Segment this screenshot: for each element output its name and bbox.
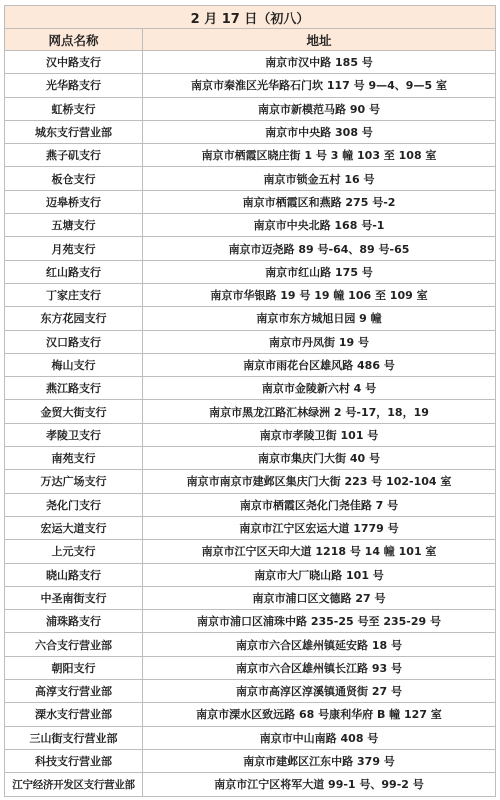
table-row: 尧化门支行南京市栖霞区尧化门尧佳路 7 号 bbox=[5, 493, 496, 516]
table-row: 红山路支行南京市红山路 175 号 bbox=[5, 260, 496, 283]
column-header-name: 网点名称 bbox=[5, 29, 143, 51]
table-row: 朝阳支行南京市六合区雄州镇长江路 93 号 bbox=[5, 656, 496, 679]
table-row: 城东支行营业部南京市中央路 308 号 bbox=[5, 120, 496, 143]
branch-name-cell: 月苑支行 bbox=[5, 237, 143, 260]
table-row: 浦珠路支行南京市浦口区浦珠中路 235-25 号至 235-29 号 bbox=[5, 610, 496, 633]
branch-address-cell: 南京市迈尧路 89 号-64、89 号-65 bbox=[143, 237, 496, 260]
table-row: 梅山支行南京市雨花台区雄风路 486 号 bbox=[5, 353, 496, 376]
table-row: 孝陵卫支行南京市孝陵卫街 101 号 bbox=[5, 423, 496, 446]
branch-name-cell: 丁家庄支行 bbox=[5, 283, 143, 306]
branch-name-cell: 江宁经济开发区支行营业部 bbox=[5, 773, 143, 796]
branch-name-cell: 迈皋桥支行 bbox=[5, 190, 143, 213]
branch-address-cell: 南京市六合区雄州镇长江路 93 号 bbox=[143, 656, 496, 679]
branch-name-cell: 汉口路支行 bbox=[5, 330, 143, 353]
branch-address-cell: 南京市高淳区淳溪镇通贤街 27 号 bbox=[143, 680, 496, 703]
branch-name-cell: 汉中路支行 bbox=[5, 51, 143, 74]
header-row: 网点名称 地址 bbox=[5, 29, 496, 51]
branch-address-cell: 南京市东方城旭日园 9 幢 bbox=[143, 307, 496, 330]
branch-name-cell: 万达广场支行 bbox=[5, 470, 143, 493]
branch-name-cell: 宏运大道支行 bbox=[5, 516, 143, 539]
table-row: 江宁经济开发区支行营业部南京市江宁区将军大道 99-1 号、99-2 号 bbox=[5, 773, 496, 796]
branch-name-cell: 板仓支行 bbox=[5, 167, 143, 190]
branch-address-cell: 南京市新模范马路 90 号 bbox=[143, 97, 496, 120]
branch-address-cell: 南京市汉中路 185 号 bbox=[143, 51, 496, 74]
table-row: 六合支行营业部南京市六合区雄州镇延安路 18 号 bbox=[5, 633, 496, 656]
branch-name-cell: 虹桥支行 bbox=[5, 97, 143, 120]
branch-name-cell: 朝阳支行 bbox=[5, 656, 143, 679]
branch-address-cell: 南京市集庆门大街 40 号 bbox=[143, 447, 496, 470]
table-row: 中圣南街支行南京市浦口区文德路 27 号 bbox=[5, 586, 496, 609]
table-row: 汉中路支行南京市汉中路 185 号 bbox=[5, 51, 496, 74]
branch-name-cell: 东方花园支行 bbox=[5, 307, 143, 330]
table-title: 2 月 17 日（初八） bbox=[5, 6, 496, 29]
branch-name-cell: 溧水支行营业部 bbox=[5, 703, 143, 726]
branch-name-cell: 五塘支行 bbox=[5, 214, 143, 237]
branch-address-cell: 南京市黑龙江路汇林绿洲 2 号-17，18，19 bbox=[143, 400, 496, 423]
branch-address-cell: 南京市江宁区宏运大道 1779 号 bbox=[143, 516, 496, 539]
branch-address-cell: 南京市江宁区天印大道 1218 号 14 幢 101 室 bbox=[143, 540, 496, 563]
branch-name-cell: 中圣南街支行 bbox=[5, 586, 143, 609]
table-row: 溧水支行营业部南京市溧水区致远路 68 号康利华府 B 幢 127 室 bbox=[5, 703, 496, 726]
table-row: 金贸大街支行南京市黑龙江路汇林绿洲 2 号-17，18，19 bbox=[5, 400, 496, 423]
branch-name-cell: 高淳支行营业部 bbox=[5, 680, 143, 703]
branch-name-cell: 南苑支行 bbox=[5, 447, 143, 470]
branch-address-cell: 南京市六合区雄州镇延安路 18 号 bbox=[143, 633, 496, 656]
branch-address-cell: 南京市建邺区江东中路 379 号 bbox=[143, 749, 496, 772]
branch-address-cell: 南京市中央路 308 号 bbox=[143, 120, 496, 143]
branch-address-cell: 南京市秦淮区光华路石门坎 117 号 9—4、9—5 室 bbox=[143, 74, 496, 97]
table-row: 万达广场支行南京市南京市建邺区集庆门大街 223 号 102-104 室 bbox=[5, 470, 496, 493]
branch-name-cell: 浦珠路支行 bbox=[5, 610, 143, 633]
branch-name-cell: 尧化门支行 bbox=[5, 493, 143, 516]
branch-name-cell: 三山街支行营业部 bbox=[5, 726, 143, 749]
branch-address-cell: 南京市中央北路 168 号-1 bbox=[143, 214, 496, 237]
branch-address-cell: 南京市红山路 175 号 bbox=[143, 260, 496, 283]
title-row: 2 月 17 日（初八） bbox=[5, 6, 496, 29]
table-row: 南苑支行南京市集庆门大街 40 号 bbox=[5, 447, 496, 470]
branch-name-cell: 孝陵卫支行 bbox=[5, 423, 143, 446]
branch-name-cell: 梅山支行 bbox=[5, 353, 143, 376]
table-row: 科技支行营业部南京市建邺区江东中路 379 号 bbox=[5, 749, 496, 772]
branch-name-cell: 科技支行营业部 bbox=[5, 749, 143, 772]
branch-address-cell: 南京市孝陵卫街 101 号 bbox=[143, 423, 496, 446]
table-row: 板仓支行南京市锁金五村 16 号 bbox=[5, 167, 496, 190]
branch-address-cell: 南京市浦口区浦珠中路 235-25 号至 235-29 号 bbox=[143, 610, 496, 633]
branch-address-cell: 南京市溧水区致远路 68 号康利华府 B 幢 127 室 bbox=[143, 703, 496, 726]
branch-schedule-sheet: 2 月 17 日（初八） 网点名称 地址 汉中路支行南京市汉中路 185 号光华… bbox=[4, 5, 495, 797]
branch-name-cell: 金贸大街支行 bbox=[5, 400, 143, 423]
branch-name-cell: 红山路支行 bbox=[5, 260, 143, 283]
table-row: 高淳支行营业部南京市高淳区淳溪镇通贤街 27 号 bbox=[5, 680, 496, 703]
table-row: 汉口路支行南京市丹凤街 19 号 bbox=[5, 330, 496, 353]
branch-name-cell: 晓山路支行 bbox=[5, 563, 143, 586]
branch-name-cell: 光华路支行 bbox=[5, 74, 143, 97]
branch-name-cell: 燕子矶支行 bbox=[5, 144, 143, 167]
branch-address-cell: 南京市丹凤街 19 号 bbox=[143, 330, 496, 353]
branch-address-cell: 南京市华银路 19 号 19 幢 106 至 109 室 bbox=[143, 283, 496, 306]
table-row: 三山街支行营业部南京市中山南路 408 号 bbox=[5, 726, 496, 749]
table-row: 迈皋桥支行南京市栖霞区和燕路 275 号-2 bbox=[5, 190, 496, 213]
branch-address-cell: 南京市栖霞区和燕路 275 号-2 bbox=[143, 190, 496, 213]
branch-address-cell: 南京市雨花台区雄风路 486 号 bbox=[143, 353, 496, 376]
branch-address-cell: 南京市金陵新六村 4 号 bbox=[143, 377, 496, 400]
table-row: 月苑支行南京市迈尧路 89 号-64、89 号-65 bbox=[5, 237, 496, 260]
branch-name-cell: 上元支行 bbox=[5, 540, 143, 563]
branch-table: 2 月 17 日（初八） 网点名称 地址 汉中路支行南京市汉中路 185 号光华… bbox=[4, 5, 496, 797]
branch-address-cell: 南京市南京市建邺区集庆门大街 223 号 102-104 室 bbox=[143, 470, 496, 493]
branch-name-cell: 六合支行营业部 bbox=[5, 633, 143, 656]
table-row: 东方花园支行南京市东方城旭日园 9 幢 bbox=[5, 307, 496, 330]
table-row: 晓山路支行南京市大厂晓山路 101 号 bbox=[5, 563, 496, 586]
table-row: 燕江路支行南京市金陵新六村 4 号 bbox=[5, 377, 496, 400]
branch-address-cell: 南京市锁金五村 16 号 bbox=[143, 167, 496, 190]
table-row: 光华路支行南京市秦淮区光华路石门坎 117 号 9—4、9—5 室 bbox=[5, 74, 496, 97]
branch-address-cell: 南京市栖霞区尧化门尧佳路 7 号 bbox=[143, 493, 496, 516]
table-row: 燕子矶支行南京市栖霞区晓庄街 1 号 3 幢 103 至 108 室 bbox=[5, 144, 496, 167]
table-row: 虹桥支行南京市新模范马路 90 号 bbox=[5, 97, 496, 120]
column-header-address: 地址 bbox=[143, 29, 496, 51]
branch-address-cell: 南京市江宁区将军大道 99-1 号、99-2 号 bbox=[143, 773, 496, 796]
table-row: 上元支行南京市江宁区天印大道 1218 号 14 幢 101 室 bbox=[5, 540, 496, 563]
branch-address-cell: 南京市大厂晓山路 101 号 bbox=[143, 563, 496, 586]
branch-address-cell: 南京市栖霞区晓庄街 1 号 3 幢 103 至 108 室 bbox=[143, 144, 496, 167]
branch-address-cell: 南京市浦口区文德路 27 号 bbox=[143, 586, 496, 609]
table-row: 五塘支行南京市中央北路 168 号-1 bbox=[5, 214, 496, 237]
table-row: 丁家庄支行南京市华银路 19 号 19 幢 106 至 109 室 bbox=[5, 283, 496, 306]
branch-name-cell: 城东支行营业部 bbox=[5, 120, 143, 143]
branch-address-cell: 南京市中山南路 408 号 bbox=[143, 726, 496, 749]
table-row: 宏运大道支行南京市江宁区宏运大道 1779 号 bbox=[5, 516, 496, 539]
branch-name-cell: 燕江路支行 bbox=[5, 377, 143, 400]
